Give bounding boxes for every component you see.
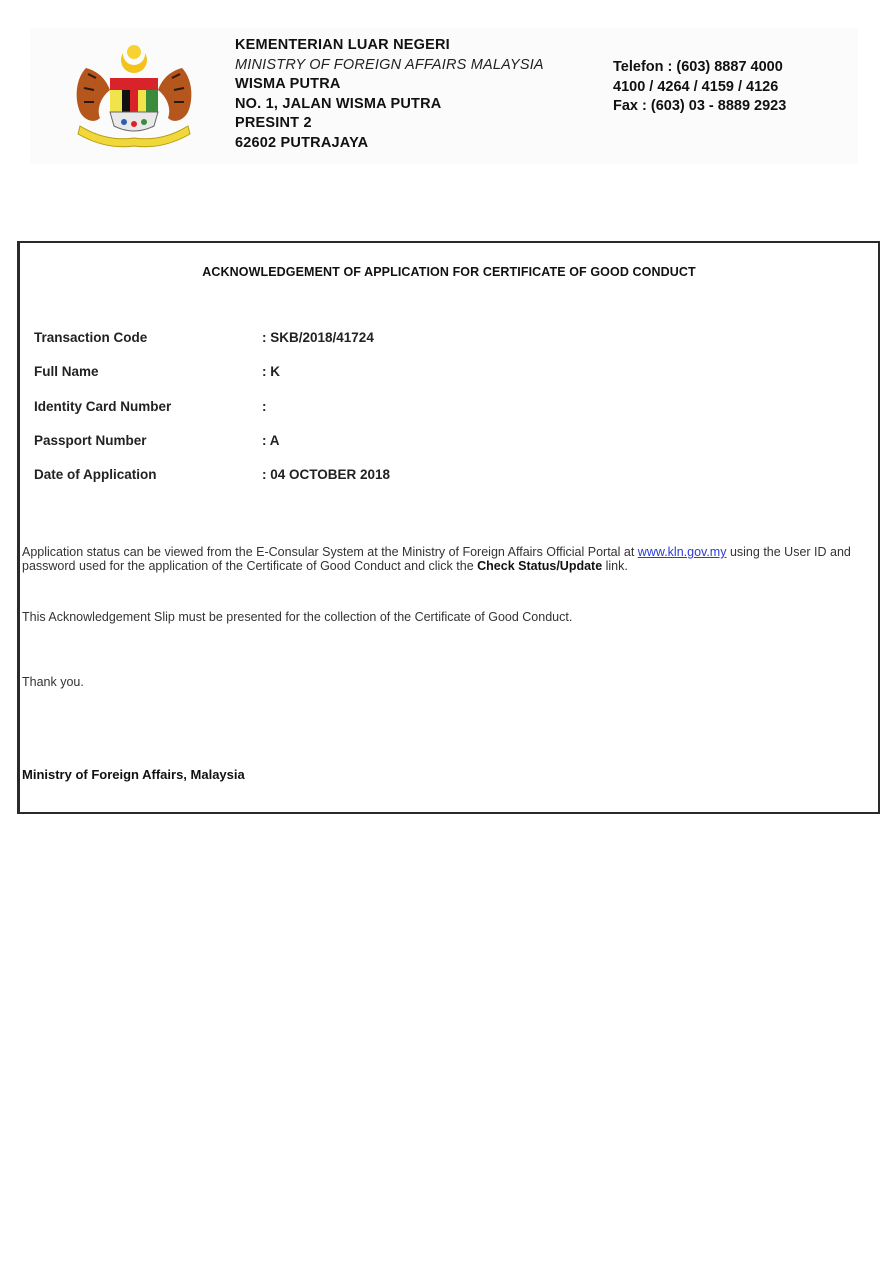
- field-label: Transaction Code: [34, 330, 262, 364]
- field-label: Full Name: [34, 364, 262, 398]
- collection-note: This Acknowledgement Slip must be presen…: [22, 610, 876, 624]
- field-value: : K: [262, 364, 280, 398]
- telephone-extensions: 4100 / 4264 / 4159 / 4126: [613, 78, 786, 98]
- ministry-address: KEMENTERIAN LUAR NEGERI MINISTRY OF FORE…: [235, 36, 544, 153]
- address-line: PRESINT 2: [235, 114, 544, 134]
- slip-title: ACKNOWLEDGEMENT OF APPLICATION FOR CERTI…: [20, 265, 878, 279]
- field-value: : 04 OCTOBER 2018: [262, 467, 390, 501]
- status-text: link.: [602, 559, 628, 573]
- field-identity-card-number: Identity Card Number :: [34, 399, 390, 433]
- fax-line: Fax : (603) 03 - 8889 2923: [613, 97, 786, 117]
- field-label: Date of Application: [34, 467, 262, 501]
- field-passport-number: Passport Number : A: [34, 433, 390, 467]
- field-value: : A: [262, 433, 280, 467]
- field-transaction-code: Transaction Code : SKB/2018/41724: [34, 330, 390, 364]
- acknowledgement-slip: ACKNOWLEDGEMENT OF APPLICATION FOR CERTI…: [17, 241, 880, 814]
- status-instructions: Application status can be viewed from th…: [22, 545, 876, 573]
- application-details: Transaction Code : SKB/2018/41724 Full N…: [34, 330, 390, 501]
- address-line: MINISTRY OF FOREIGN AFFAIRS MALAYSIA: [235, 56, 544, 76]
- address-line: WISMA PUTRA: [235, 75, 544, 95]
- contact-info: Telefon : (603) 8887 4000 4100 / 4264 / …: [613, 58, 786, 117]
- closing-text: Thank you.: [22, 675, 876, 689]
- address-line: 62602 PUTRAJAYA: [235, 134, 544, 154]
- malaysia-coat-of-arms-icon: [66, 38, 202, 150]
- field-label: Passport Number: [34, 433, 262, 467]
- field-date-of-application: Date of Application : 04 OCTOBER 2018: [34, 467, 390, 501]
- field-label: Identity Card Number: [34, 399, 262, 433]
- address-line: KEMENTERIAN LUAR NEGERI: [235, 36, 544, 56]
- status-text: Application status can be viewed from th…: [22, 545, 638, 559]
- field-value: :: [262, 399, 267, 433]
- check-status-label: Check Status/Update: [477, 559, 602, 573]
- portal-link[interactable]: www.kln.gov.my: [638, 545, 727, 559]
- signature: Ministry of Foreign Affairs, Malaysia: [22, 767, 245, 782]
- letterhead: KEMENTERIAN LUAR NEGERI MINISTRY OF FORE…: [30, 28, 858, 164]
- field-value: : SKB/2018/41724: [262, 330, 374, 364]
- field-full-name: Full Name : K: [34, 364, 390, 398]
- telephone-line: Telefon : (603) 8887 4000: [613, 58, 786, 78]
- address-line: NO. 1, JALAN WISMA PUTRA: [235, 95, 544, 115]
